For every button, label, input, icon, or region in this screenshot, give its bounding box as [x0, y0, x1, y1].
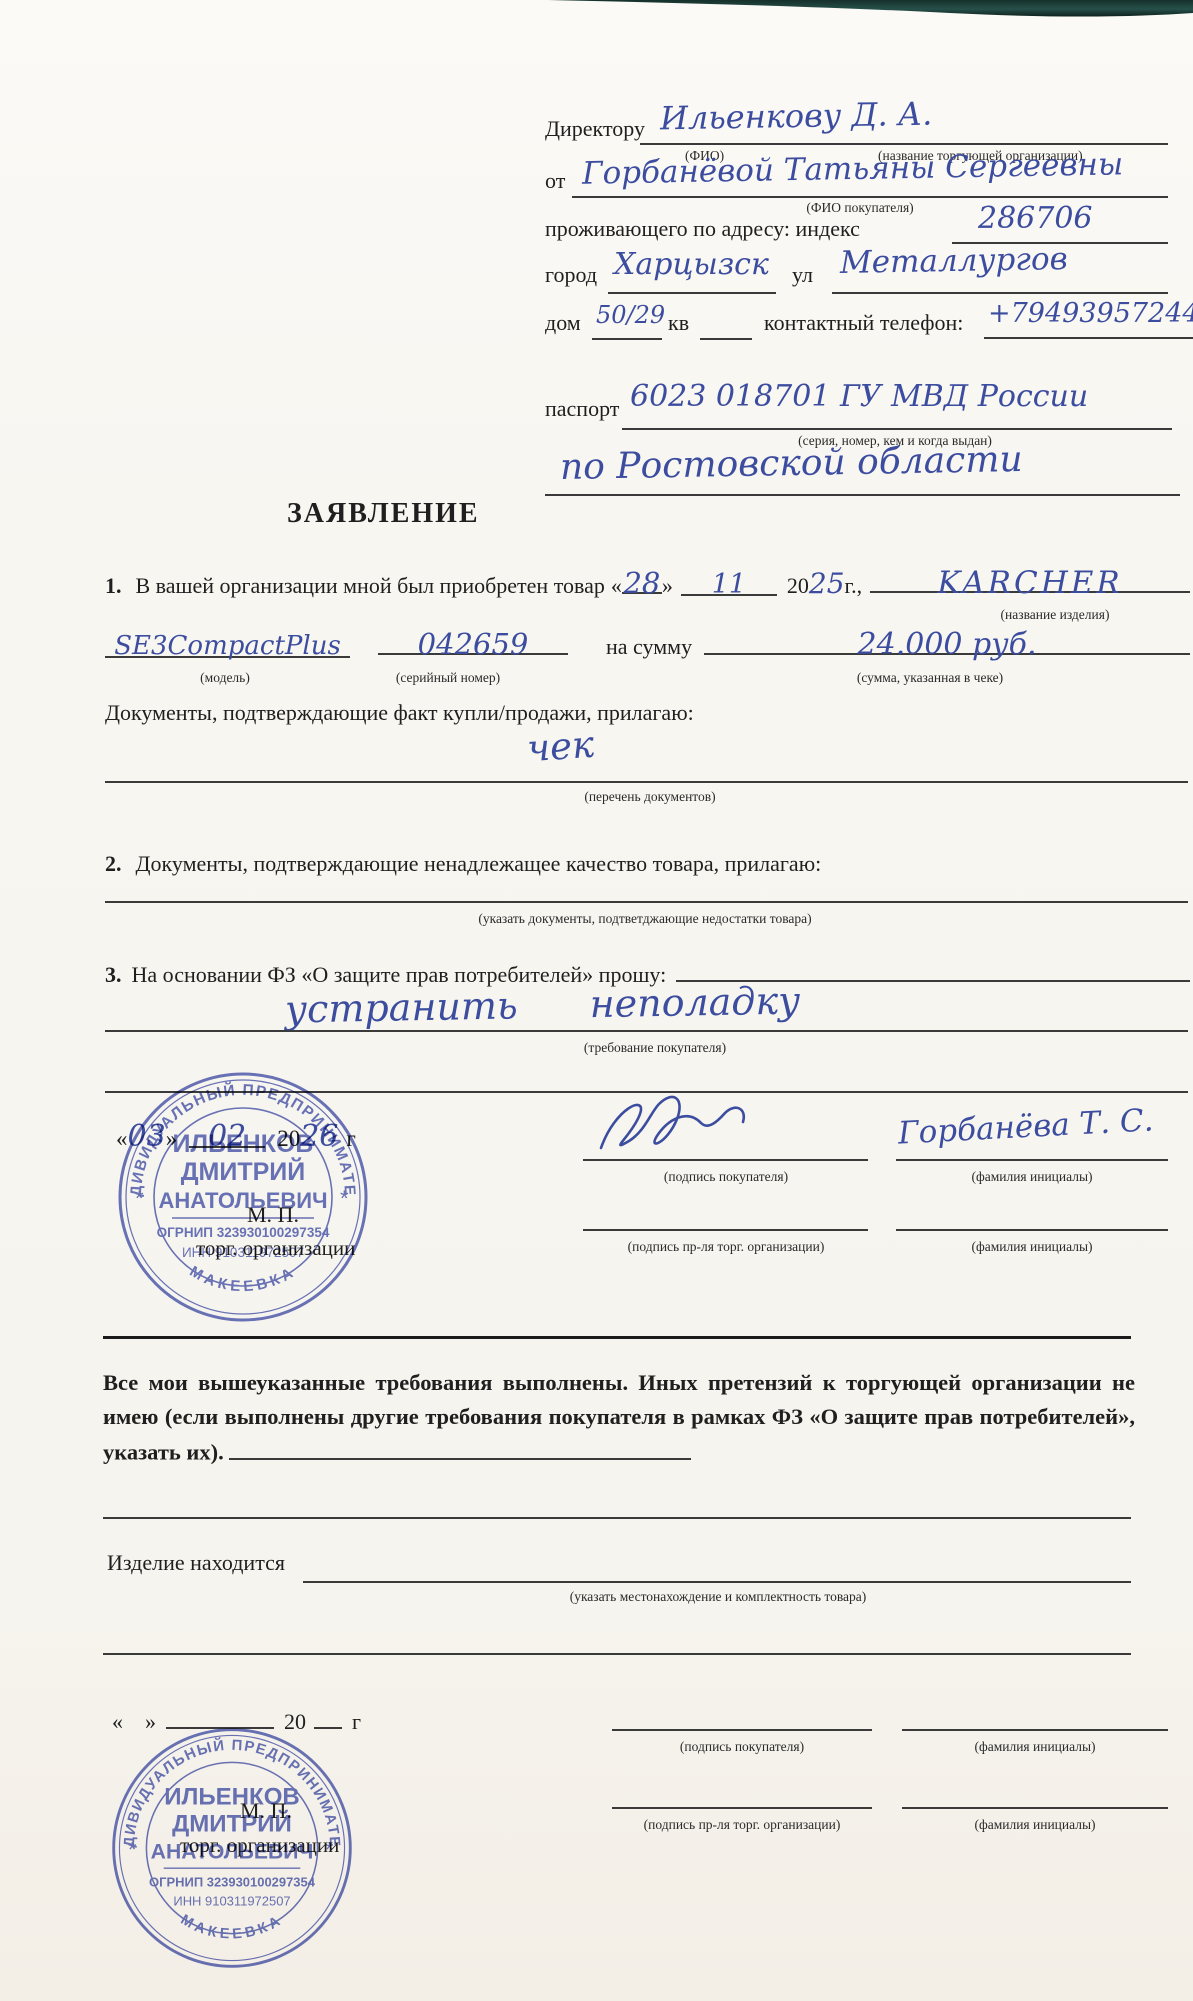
buyer-sign-note: (подпись покупателя) [680, 1739, 804, 1755]
city-label: город [545, 262, 597, 288]
org-sign-note: (подпись пр-ля торг. организации) [644, 1817, 841, 1833]
underline [902, 1729, 1168, 1731]
underline [592, 338, 662, 340]
phone-label: контактный телефон: [764, 310, 963, 336]
century-print: 20 [787, 573, 809, 599]
round-stamp: ИНДИВИДУАЛЬНЫЙ ПРЕДПРИНИМАТЕЛЬ МАКЕЕВКА … [106, 1722, 358, 1974]
underline [105, 1030, 1188, 1032]
underline [612, 1729, 872, 1731]
svg-text:МАКЕЕВКА: МАКЕЕВКА [178, 1912, 286, 1943]
family-note: (фамилия инициалы) [971, 1169, 1092, 1185]
stamp-star: * [340, 1186, 349, 1211]
underline [622, 428, 1172, 430]
passport-label: паспорт [545, 396, 619, 422]
stamp-name-line3: АНАТОЛЬЕВИЧ [151, 1841, 314, 1864]
phone-handwritten: +79493957244 [988, 300, 1193, 327]
sum-note: (сумма, указанная в чеке) [857, 670, 1003, 686]
house-label: дом [545, 310, 581, 336]
underline [902, 1807, 1168, 1809]
buyer-sign-note: (подпись покупателя) [664, 1169, 788, 1185]
street-handwritten: Металлургов [840, 244, 1068, 279]
item1-text: В вашей организации мной был приобретен … [136, 573, 605, 599]
stamp-ring-bottom-text: МАКЕЕВКА [178, 1912, 286, 1943]
family-note: (фамилия инициалы) [971, 1239, 1092, 1255]
to-label: Директору [545, 116, 645, 142]
docs-label: Документы, подтверждающие факт купли/про… [105, 700, 694, 726]
from-label: от [545, 168, 565, 194]
stamp-star: * [135, 1186, 144, 1211]
scanned-claim-form: Директору Ильенкову Д. А. (ФИО) (названи… [0, 0, 1193, 2001]
product-note: (название изделия) [1001, 607, 1110, 623]
item3-note: (требование покупателя) [584, 1040, 726, 1056]
underline [572, 196, 1168, 198]
demand-handwritten: устранить неполадку [285, 982, 801, 1029]
serial-handwritten: 042659 [418, 627, 529, 661]
underline [583, 1159, 868, 1161]
purchase-month-handwritten: 11 [712, 569, 746, 600]
item2-line: 2. Документы, подтверждающие ненадлежаще… [105, 851, 821, 877]
page-title: ЗАЯВЛЕНИЕ [287, 498, 480, 530]
round-stamp: ИНДИВИДУАЛЬНЫЙ ПРЕДПРИНИМАТЕЛЬ МАКЕЕВКА … [112, 1066, 374, 1328]
underline [303, 1581, 1131, 1583]
street-label: ул [792, 262, 813, 288]
buyer-fio-note: (ФИО покупателя) [806, 200, 913, 216]
docs-handwritten: чек [526, 726, 595, 768]
stamp-star: * [325, 1839, 333, 1862]
svg-text:МАКЕЕВКА: МАКЕЕВКА [187, 1263, 300, 1295]
underline [896, 1229, 1168, 1231]
underline [103, 1653, 1131, 1655]
underline [896, 1159, 1168, 1161]
stamp-ogrnip: ОГРНИП 323930100297354 [157, 1225, 330, 1240]
purchase-year-handwritten: 25 [809, 570, 845, 598]
located-note: (указать местонахождение и комплектность… [570, 1589, 867, 1605]
buyer-family-handwritten: Горбанёва Т. С. [897, 1105, 1154, 1149]
model-handwritten: SE3CompactPlus [114, 631, 341, 661]
stamp-ring-bottom-text: МАКЕЕВКА [187, 1263, 300, 1295]
closing-paragraph: Все мои вышеуказанные требования выполне… [103, 1366, 1135, 1470]
stamp-name-line3: АНАТОЛЬЕВИЧ [158, 1188, 327, 1213]
serial-note: (серийный номер) [396, 670, 500, 686]
house-handwritten: 50/29 [596, 303, 665, 327]
underline [105, 781, 1188, 783]
item2-text: Документы, подтверждающие ненадлежащее к… [136, 851, 822, 877]
apt-label: кв [668, 310, 689, 336]
underline [832, 292, 1168, 294]
buyer-signature [585, 1088, 805, 1166]
item2-note: (указать документы, подтветджающие недос… [478, 911, 811, 927]
director-name-handwritten: Ильенкову Д. А. [660, 98, 933, 135]
passport-handwritten: 6023 018701 ГУ МВД России [630, 382, 1088, 412]
year-suffix: г., [845, 573, 863, 599]
stamp-name-line1: ИЛЬЕНКОВ [173, 1130, 314, 1158]
stamp-star: * [128, 1839, 136, 1862]
city-handwritten: Харцызск [614, 250, 769, 280]
purchase-day-handwritten: 28 [623, 566, 660, 600]
docs-note: (перечень документов) [584, 789, 715, 805]
stamp-inn: ИНН 910311972507 [173, 1894, 290, 1909]
item1-number: 1. [105, 573, 122, 599]
quote: « [611, 573, 622, 599]
underline [700, 338, 752, 340]
section-divider [103, 1336, 1131, 1339]
postal-index-handwritten: 286706 [978, 204, 1093, 234]
stamp-name-line2: ДМИТРИЙ [172, 1810, 292, 1838]
stamp-name-line1: ИЛЬЕНКОВ [164, 1784, 300, 1811]
blank-fill-line [229, 1434, 691, 1460]
stamp-ogrnip: ОГРНИП 323930100297354 [149, 1874, 316, 1889]
underline [608, 292, 776, 294]
underline [583, 1229, 868, 1231]
underline [984, 337, 1193, 339]
underline [105, 901, 1188, 903]
buyer-name-handwritten: Горбанёвой Татьяны Сергеевны [582, 149, 1124, 189]
underline [545, 494, 1180, 496]
item2-number: 2. [105, 851, 122, 877]
item1-line2: SE3CompactPlus 042659 на сумму 24.000 ру… [105, 630, 1190, 660]
sum-label: на сумму [606, 634, 692, 660]
org-sign-note: (подпись пр-ля торг. организации) [628, 1239, 825, 1255]
address-label: проживающего по адресу: индекс [545, 216, 860, 242]
product-name-handwritten: KARCHER [937, 565, 1122, 601]
item1-line1: 1. В вашей организации мной был приобрет… [105, 568, 1190, 599]
photo-background-edge [0, 0, 1193, 24]
underline [612, 1807, 872, 1809]
stamp-name-line2: ДМИТРИЙ [181, 1156, 306, 1186]
located-label: Изделие находится [107, 1550, 285, 1576]
family-note: (фамилия инициалы) [974, 1817, 1095, 1833]
item3-number: 3. [105, 962, 122, 988]
model-note: (модель) [200, 670, 250, 686]
stamp-inn: ИНН 910311972507 [182, 1245, 304, 1260]
sum-handwritten: 24.000 руб. [858, 627, 1037, 662]
family-note: (фамилия инициалы) [974, 1739, 1095, 1755]
quote: » [662, 573, 673, 599]
passport-region-handwritten: по Ростовской области [560, 442, 1023, 486]
underline [103, 1517, 1131, 1519]
underline [640, 143, 1168, 145]
